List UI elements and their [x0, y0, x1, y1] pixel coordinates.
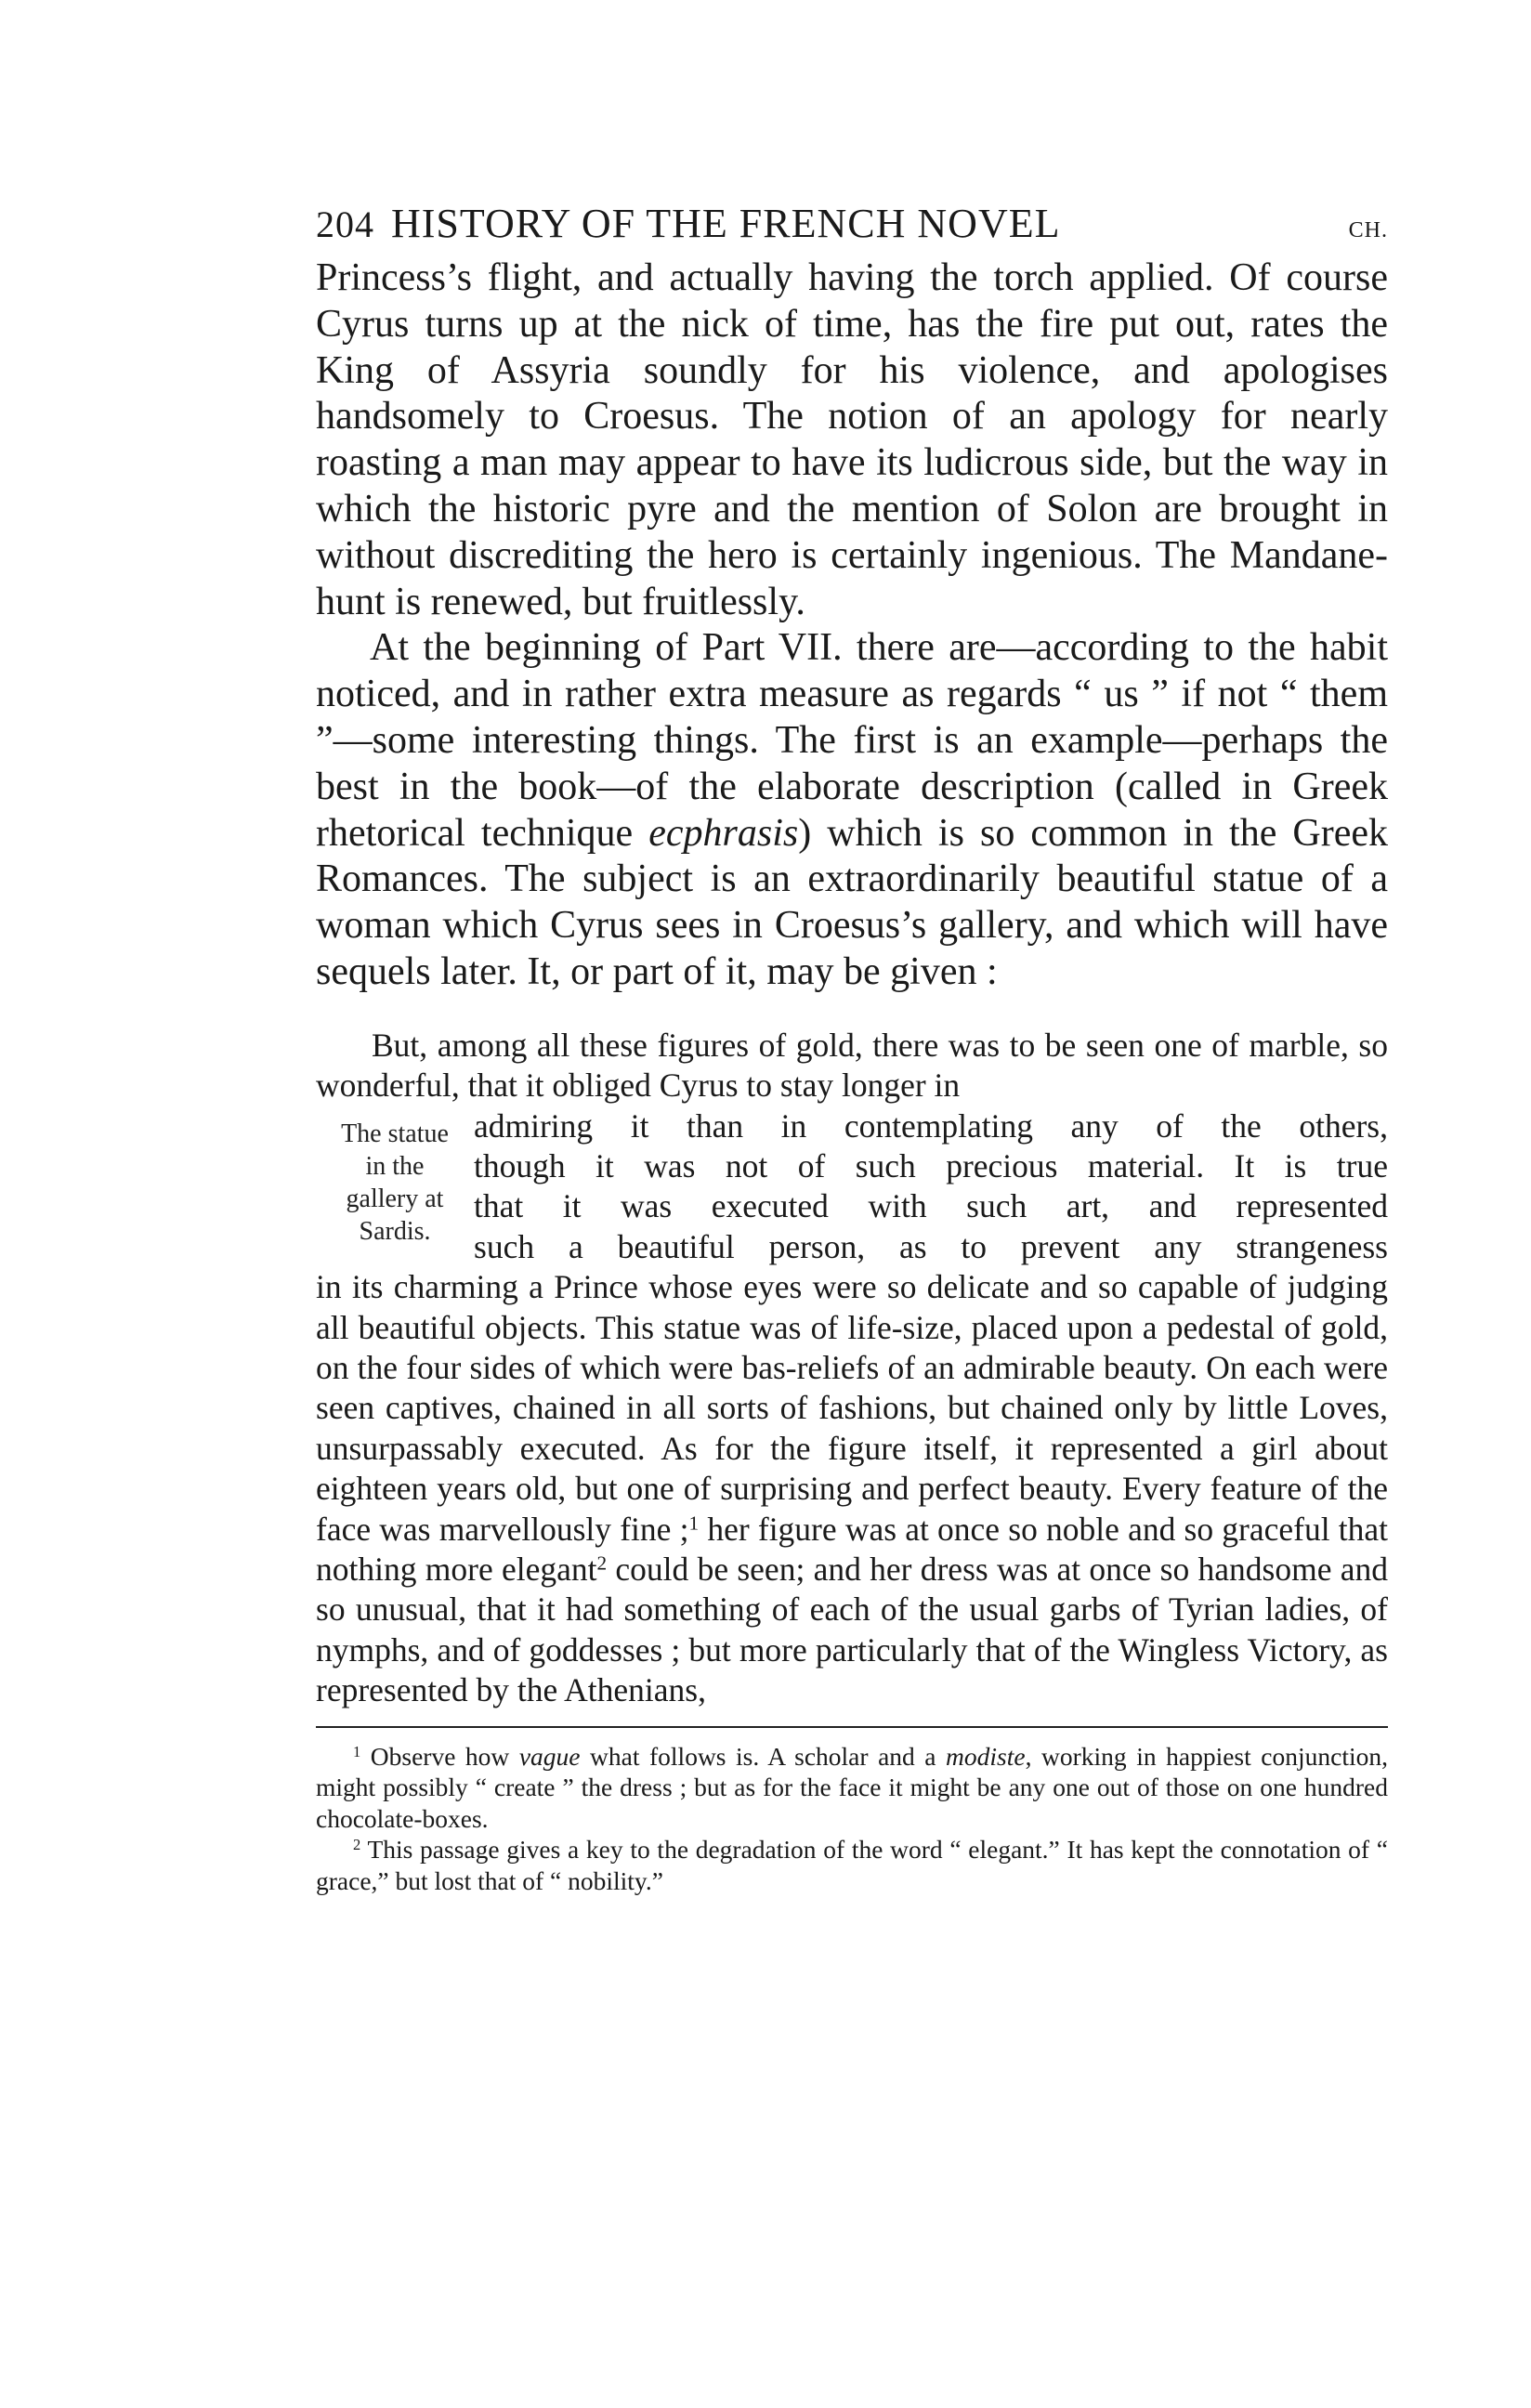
footnote-ref[interactable]: 2 [596, 1551, 607, 1574]
chapter-abbrev: CH. [1349, 218, 1388, 243]
margin-note-line: in the [316, 1150, 474, 1183]
margin-note-line: Sardis. [316, 1215, 474, 1248]
paragraph: Princess’s flight, and actually having t… [316, 255, 1388, 625]
block-quote: But, among all these figures of gold, th… [316, 1026, 1388, 1711]
quote-line: such a beautiful person, as to prevent a… [474, 1227, 1388, 1267]
footnote-text: Observe how [360, 1742, 519, 1771]
quote-text: But, among all these figures of gold, th… [316, 1026, 1388, 1106]
book-title: HISTORY OF THE FRENCH NOVEL [391, 200, 1349, 247]
page-number: 204 [316, 203, 374, 246]
book-page: 204 HISTORY OF THE FRENCH NOVEL CH. Prin… [316, 200, 1388, 1896]
quote-text-part: in its charming a Prince whose eyes were… [316, 1268, 1388, 1547]
quote-text: in its charming a Prince whose eyes were… [316, 1267, 1388, 1710]
quote-line: that it was executed with such art, and … [474, 1186, 1388, 1226]
footnote-text: This passage gives a key to the degradat… [316, 1835, 1388, 1895]
footnote-divider [316, 1726, 1388, 1728]
running-head: 204 HISTORY OF THE FRENCH NOVEL CH. [316, 200, 1388, 255]
footnotes: 1 Observe how vague what follows is. A s… [316, 1741, 1388, 1897]
paragraph: At the beginning of Part VII. there are—… [316, 625, 1388, 995]
footnote: 2 This passage gives a key to the degrad… [316, 1834, 1388, 1896]
footnote-ref[interactable]: 1 [689, 1512, 700, 1534]
margin-note-line: gallery at [316, 1183, 474, 1215]
quote-with-sidenote: The statue in the gallery at Sardis. adm… [316, 1106, 1388, 1268]
quote-margin-lines: admiring it than in contemplating any of… [474, 1106, 1388, 1268]
quote-line: admiring it than in contemplating any of… [474, 1106, 1388, 1146]
footnote-number: 1 [353, 1743, 360, 1760]
main-text: Princess’s flight, and actually having t… [316, 255, 1388, 996]
quote-line: though it was not of such precious mater… [474, 1146, 1388, 1186]
margin-note-line: The statue [316, 1118, 474, 1150]
footnote: 1 Observe how vague what follows is. A s… [316, 1741, 1388, 1835]
margin-note: The statue in the gallery at Sardis. [316, 1106, 474, 1268]
italic-term: ecphrasis [648, 812, 798, 855]
italic-term: modiste [946, 1742, 1026, 1771]
italic-term: vague [519, 1742, 581, 1771]
footnote-text: what follows is. A scholar and a [581, 1742, 947, 1771]
footnote-number: 2 [353, 1836, 360, 1853]
